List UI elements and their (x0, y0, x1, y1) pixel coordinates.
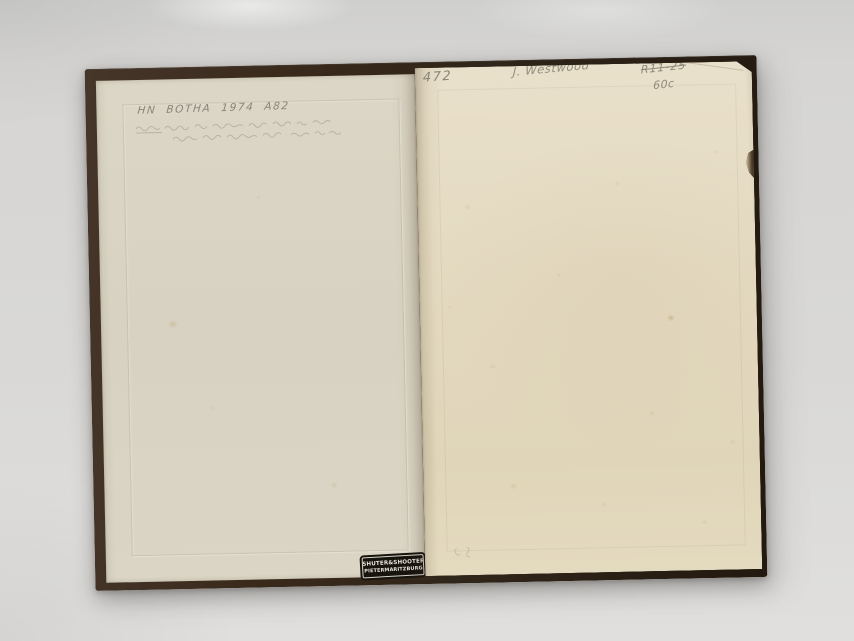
pencil-price-current: 60c (653, 77, 674, 92)
open-book: HN BOTHA 1974 A82 SHUTER&SHOOTER PIETERM… (85, 55, 768, 591)
left-endpaper-page: HN BOTHA 1974 A82 SHUTER&SHOOTER PIETERM… (96, 74, 425, 583)
board-turn-in-ridge (122, 99, 408, 557)
corner-crease-line (686, 62, 744, 71)
faint-pencil-smudge (453, 545, 483, 560)
bookseller-city: PIETERMARITZBURG (364, 566, 423, 574)
photo-of-open-book: HN BOTHA 1974 A82 SHUTER&SHOOTER PIETERM… (0, 0, 854, 641)
pencil-inscription-illegible (133, 118, 385, 149)
flyleaf-impression (437, 83, 746, 551)
right-flyleaf-page: 472 J. Westwood R11-25 60c (415, 61, 763, 576)
pencil-number-annotation: 472 (423, 69, 452, 86)
bookseller-sticker: SHUTER&SHOOTER PIETERMARITZBURG (362, 554, 425, 578)
